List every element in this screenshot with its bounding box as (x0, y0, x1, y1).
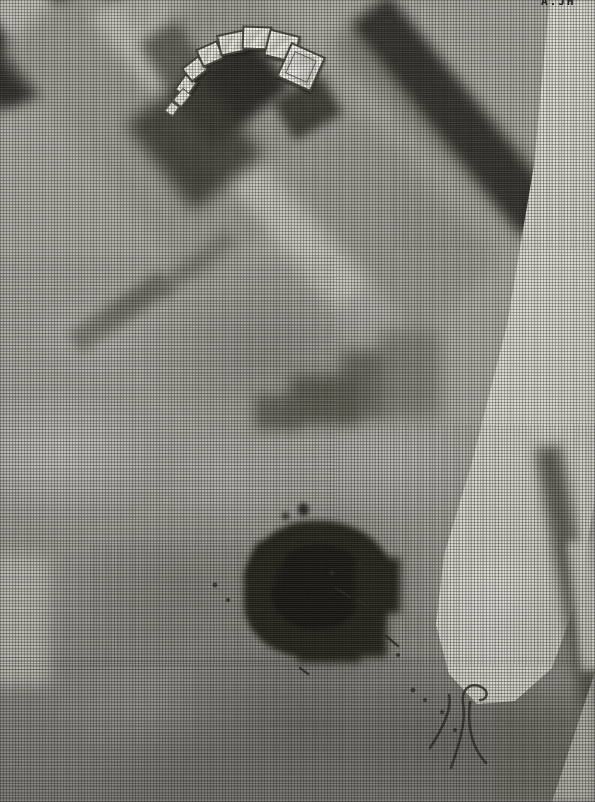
corner-stamp-mark: A.JH (541, 0, 595, 9)
halftone-mottle-over-layer (0, 0, 595, 802)
corner-stamp-text: A.JH (541, 0, 576, 8)
scanned-photo-page: A.JH (0, 0, 595, 802)
